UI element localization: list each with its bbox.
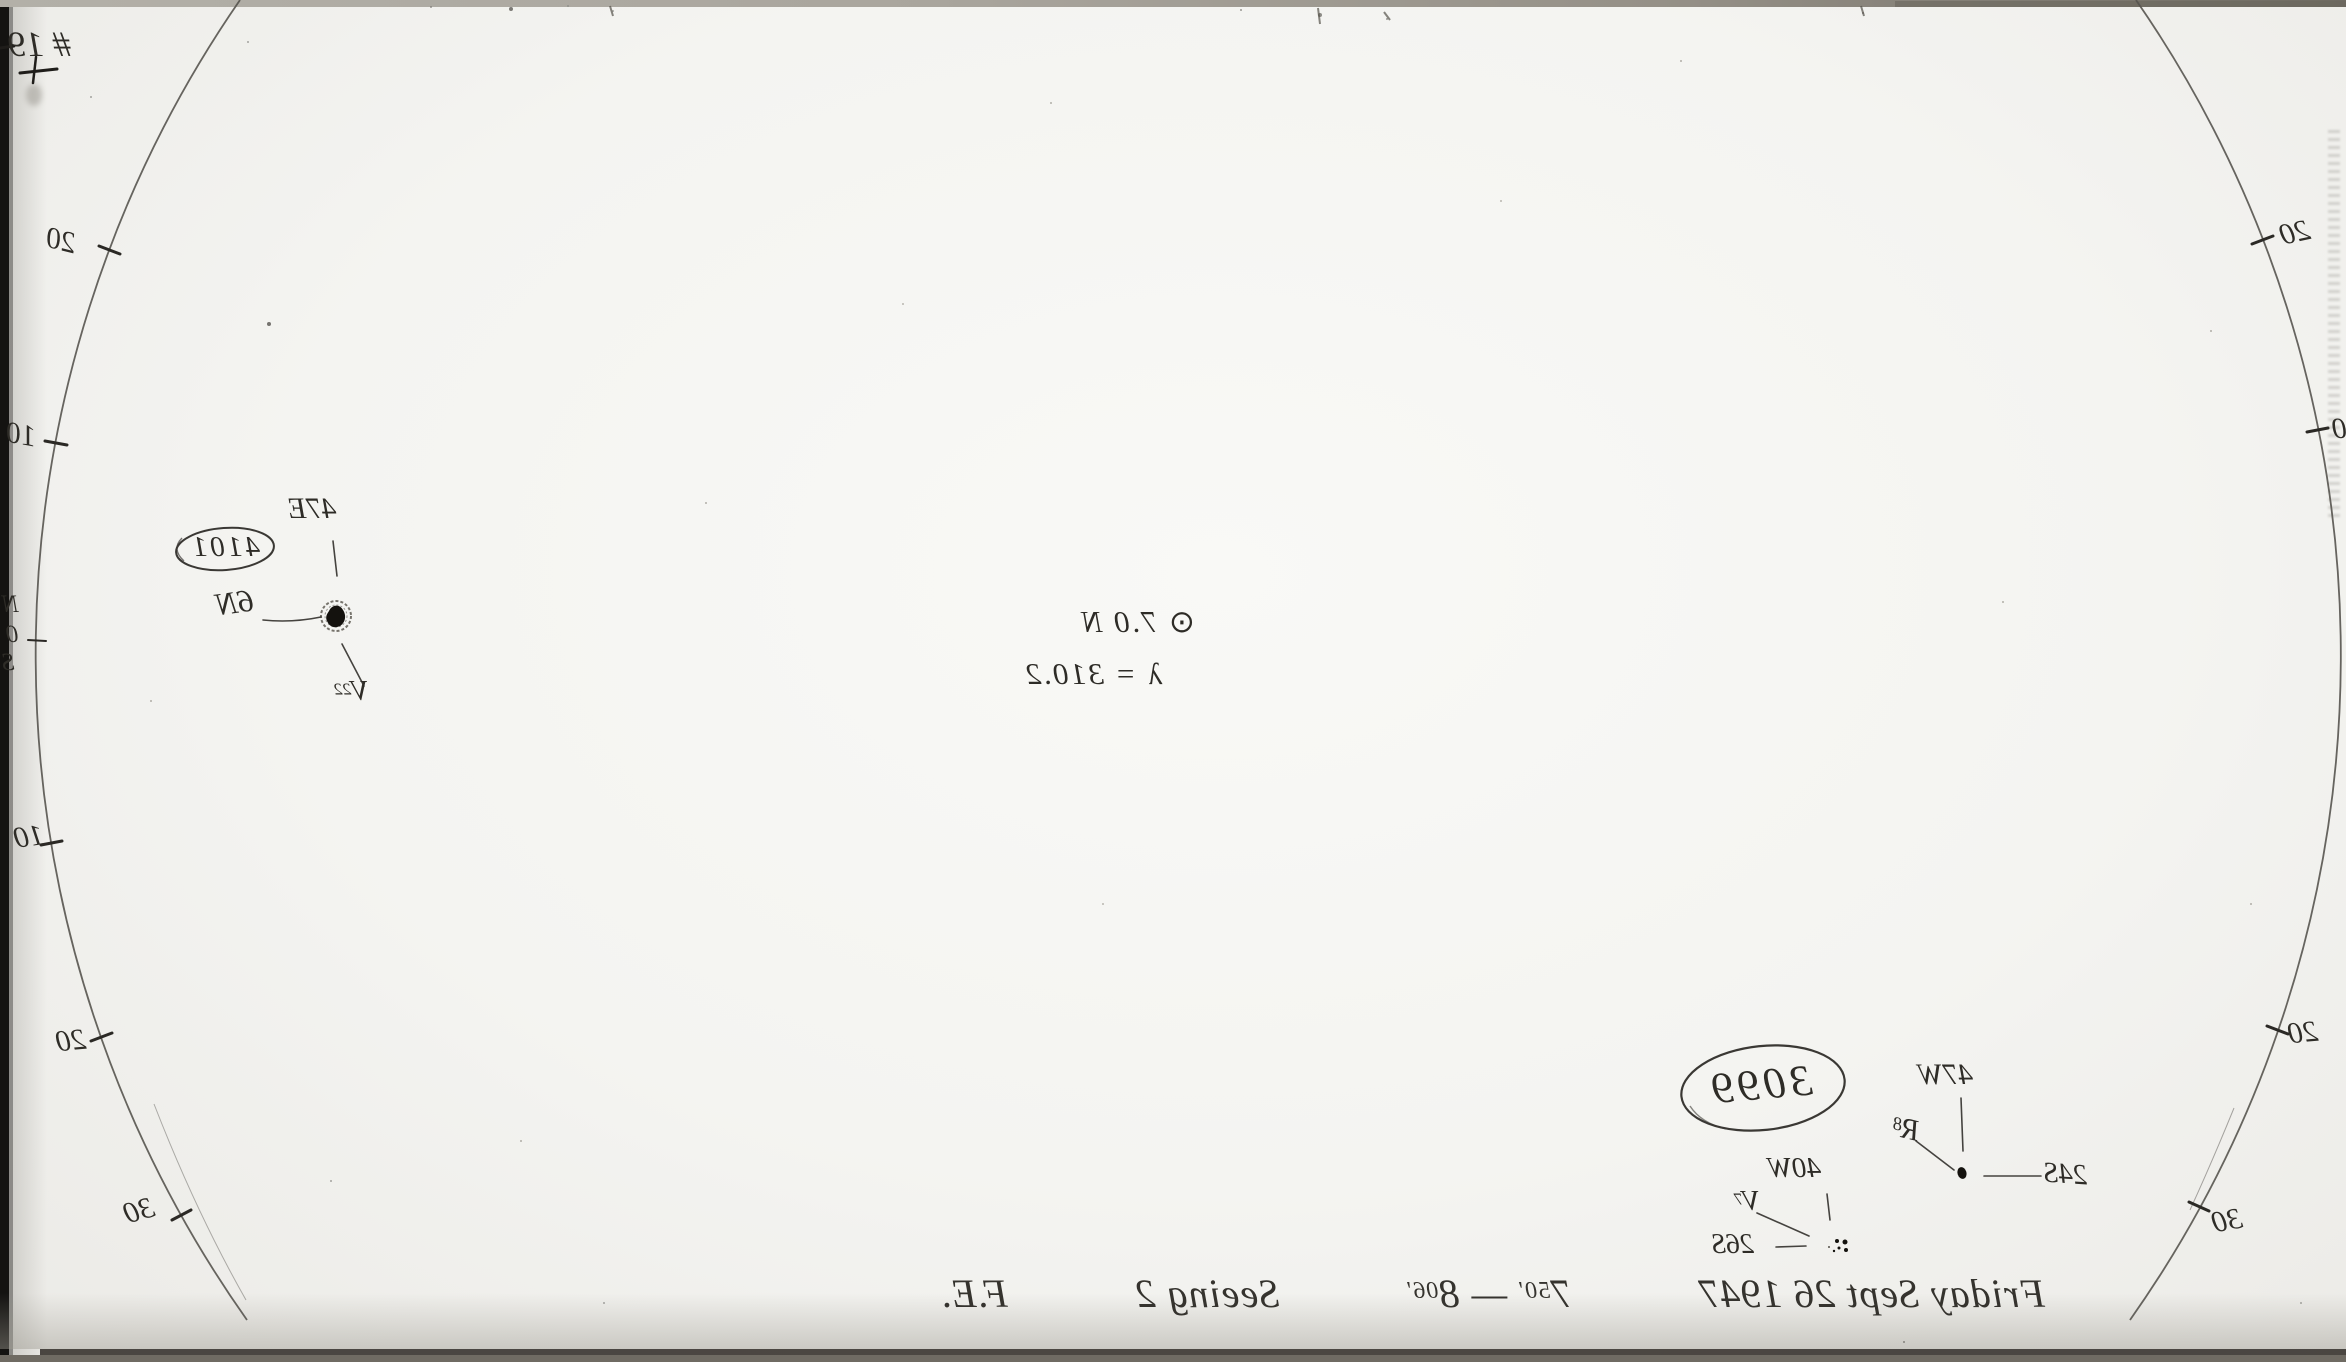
- solar-limb-arc-left: [36, 0, 247, 1320]
- solar-limb-retrace-right: [2190, 1108, 2234, 1210]
- observation-time-range: 750′ — 806′: [1406, 1274, 1571, 1314]
- drawing-number-mark: # 19: [8, 26, 71, 62]
- scale-right-30-south: 30: [2210, 1204, 2245, 1239]
- sunspot-3099-dot-cluster: [1828, 1239, 1848, 1252]
- seeing-quality: Seeing 2: [1135, 1274, 1280, 1314]
- region-4101-number: 4101: [190, 533, 260, 562]
- scale-left-10-south: 10: [12, 820, 46, 854]
- scale-right-20-south: 20: [2287, 1017, 2320, 1050]
- region-3099-number: 3099: [1706, 1059, 1813, 1112]
- scale-left-S: S: [2, 650, 15, 675]
- scale-left-N: N: [2, 592, 19, 617]
- scale-right-10-north-clipped: 0: [2332, 414, 2346, 444]
- scale-left-10-north: 10: [4, 418, 39, 453]
- latitude-ticks: [28, 236, 2328, 1220]
- top-edge-marks: [610, 6, 1864, 24]
- observation-record-line: Friday Sept 26 1947 750′ — 806′ Seeing 2…: [940, 1274, 2045, 1346]
- region-4101-magnetic-label: V22: [334, 678, 368, 706]
- sunspot-4101-umbra: [326, 606, 345, 628]
- scale-left-0: 0: [6, 622, 19, 647]
- region-4101-position-label: 47E: [288, 494, 336, 524]
- scale-left-20-south: 20: [55, 1025, 88, 1058]
- region-3099b-latitude-label: 26S: [1712, 1231, 1754, 1259]
- region-3099-latitude-label: 24S: [2043, 1159, 2088, 1191]
- scanned-solar-drawing-page: { "corner": { "mark": "# 19" }, "scale":…: [0, 0, 2346, 1362]
- solar-limb-retrace-left: [154, 1104, 246, 1300]
- annotation-b0-latitude: ⊙ 7.0 N: [1080, 606, 1195, 637]
- region-3099-position-label: 47W: [1918, 1060, 1973, 1090]
- observer-initials: F.E.: [940, 1274, 1008, 1314]
- annotation-central-meridian-longitude: λ = 310.2: [1024, 658, 1162, 689]
- solar-limb-arc-right: [2130, 0, 2341, 1320]
- region-3099b-position-label: 40W: [1768, 1154, 1821, 1183]
- region-3099b-magnetic-label: V7: [1734, 1188, 1760, 1216]
- region-4101-pointer-lines: [263, 541, 364, 686]
- sunspot-3099-main: [1956, 1166, 1968, 1180]
- observation-date: Friday Sept 26 1947: [1698, 1274, 2045, 1314]
- scale-right-20-north: 20: [2277, 215, 2313, 251]
- region-4101-latitude-label: 6N: [214, 584, 255, 621]
